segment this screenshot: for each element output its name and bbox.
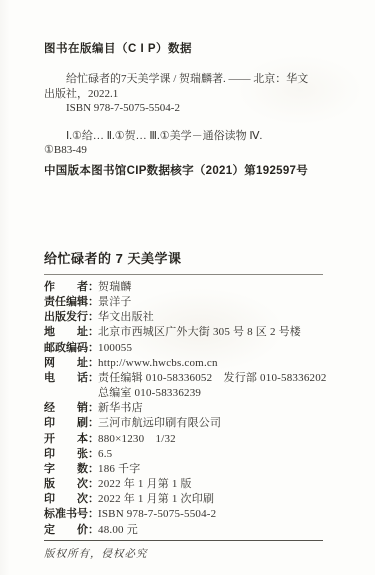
cip-record-line-2: 出版社，2022.1 [44,87,337,102]
colophon-row-label: 经 销： [44,401,98,416]
colophon-row: 版 次：2022 年 1 月第 1 版 [44,477,355,492]
colophon-row-label: 字 数： [44,462,98,477]
colophon-row: 经 销：新华书店 [44,401,355,416]
cip-record: 给忙碌者的7天美学课 / 贺瑞麟著. —— 北京：华文 出版社，2022.1 I… [44,72,337,116]
colophon-list: 作 者：贺瑞麟责任编辑：景洋子出版发行：华文出版社地 址：北京市西城区广外大街 … [44,280,355,538]
colophon-row: 定 价：48.00 元 [44,523,355,538]
colophon-row-label: 定 价： [44,523,98,538]
copyright-notice: 版权所有，侵权必究 [44,546,148,561]
colophon-row-value: 景洋子 [98,296,132,308]
colophon-row-value: 贺瑞麟 [98,281,132,293]
colophon-row-label: 印 次： [44,492,98,507]
colophon-row: 开 本：880×1230 1/32 [44,432,355,447]
cip-heading: 图书在版编目（C I P）数据 [44,40,337,56]
cip-classification-line-2: ①B83-49 [44,143,337,158]
colophon-row: 印 刷：三河市航远印刷有限公司 [44,416,355,431]
colophon-row-value: 责任编辑 010-58336052 发行部 010-58336202 [98,372,327,384]
colophon-row-value: ISBN 978-7-5075-5504-2 [98,508,216,520]
colophon-row-label: 邮政编码： [44,341,98,356]
cip-isbn-line: ISBN 978-7-5075-5504-2 [44,101,337,116]
colophon-row-label: 版 次： [44,477,98,492]
colophon-row: 电 话：责任编辑 010-58336052 发行部 010-58336202 [44,371,355,386]
title-divider [44,274,323,275]
colophon-row-label: 印 刷： [44,416,98,431]
colophon-row: 作 者：贺瑞麟 [44,280,355,295]
copyright-page: 图书在版编目（C I P）数据 给忙碌者的7天美学课 / 贺瑞麟著. —— 北京… [0,0,375,575]
colophon-row: 印 次：2022 年 1 月第 1 次印刷 [44,492,355,507]
colophon-row-label: 网 址： [44,356,98,371]
colophon-row-label: 电 话： [44,371,98,386]
colophon-row: 字 数：186 千字 [44,462,355,477]
cip-record-line-1: 给忙碌者的7天美学课 / 贺瑞麟著. —— 北京：华文 [44,72,337,87]
colophon-row: 地 址：北京市西城区广外大街 305 号 8 区 2 号楼 [44,325,355,340]
colophon-row-value: 华文出版社 [98,311,154,323]
colophon-row-value: http://www.hwcbs.com.cn [98,357,218,369]
colophon-row-label: 作 者： [44,280,98,295]
footer-divider [44,540,323,541]
colophon-row-value: 186 千字 [98,463,140,475]
colophon-row: 印 张：6.5 [44,447,355,462]
book-title: 给忙碌者的 7 天美学课 [44,248,323,267]
colophon-row-label: 开 本： [44,432,98,447]
colophon-row-value: 100055 [98,342,132,354]
colophon-row-value: 北京市西城区广外大街 305 号 8 区 2 号楼 [98,326,301,338]
cip-block: 图书在版编目（C I P）数据 给忙碌者的7天美学课 / 贺瑞麟著. —— 北京… [44,40,337,178]
cip-classification-line-1: Ⅰ.①给… Ⅱ.①贺… Ⅲ.①美学－通俗读物 Ⅳ. [44,129,337,144]
colophon-row-label: 标准书号： [44,507,98,522]
colophon-row-label: 出版发行： [44,310,98,325]
colophon-row-label: 责任编辑： [44,295,98,310]
colophon-row: 网 址：http://www.hwcbs.com.cn [44,356,355,371]
colophon-row-value: 48.00 元 [98,524,138,536]
colophon-row-value: 总编室 010-58336239 [98,387,201,399]
book-title-block: 给忙碌者的 7 天美学课 [44,248,323,275]
colophon-row: 邮政编码：100055 [44,341,355,356]
colophon-row: 标准书号：ISBN 978-7-5075-5504-2 [44,507,355,522]
colophon-row-value: 三河市航远印刷有限公司 [98,417,221,429]
cip-classification: Ⅰ.①给… Ⅱ.①贺… Ⅲ.①美学－通俗读物 Ⅳ. ①B83-49 [44,129,337,158]
colophon-row: 出版发行：华文出版社 [44,310,355,325]
colophon-row-label: 地 址： [44,325,98,340]
cip-registry-line: 中国版本图书馆CIP数据核字（2021）第192597号 [44,162,337,178]
colophon-row-value: 新华书店 [98,402,143,414]
colophon-row-value: 2022 年 1 月第 1 次印刷 [98,493,214,505]
colophon-row-label: 印 张： [44,447,98,462]
colophon-row-value: 880×1230 1/32 [98,433,176,445]
colophon-row-value: 2022 年 1 月第 1 版 [98,478,192,490]
colophon-row: 总编室 010-58336239 [44,386,355,401]
colophon-row-value: 6.5 [98,448,112,460]
colophon-row: 责任编辑：景洋子 [44,295,355,310]
